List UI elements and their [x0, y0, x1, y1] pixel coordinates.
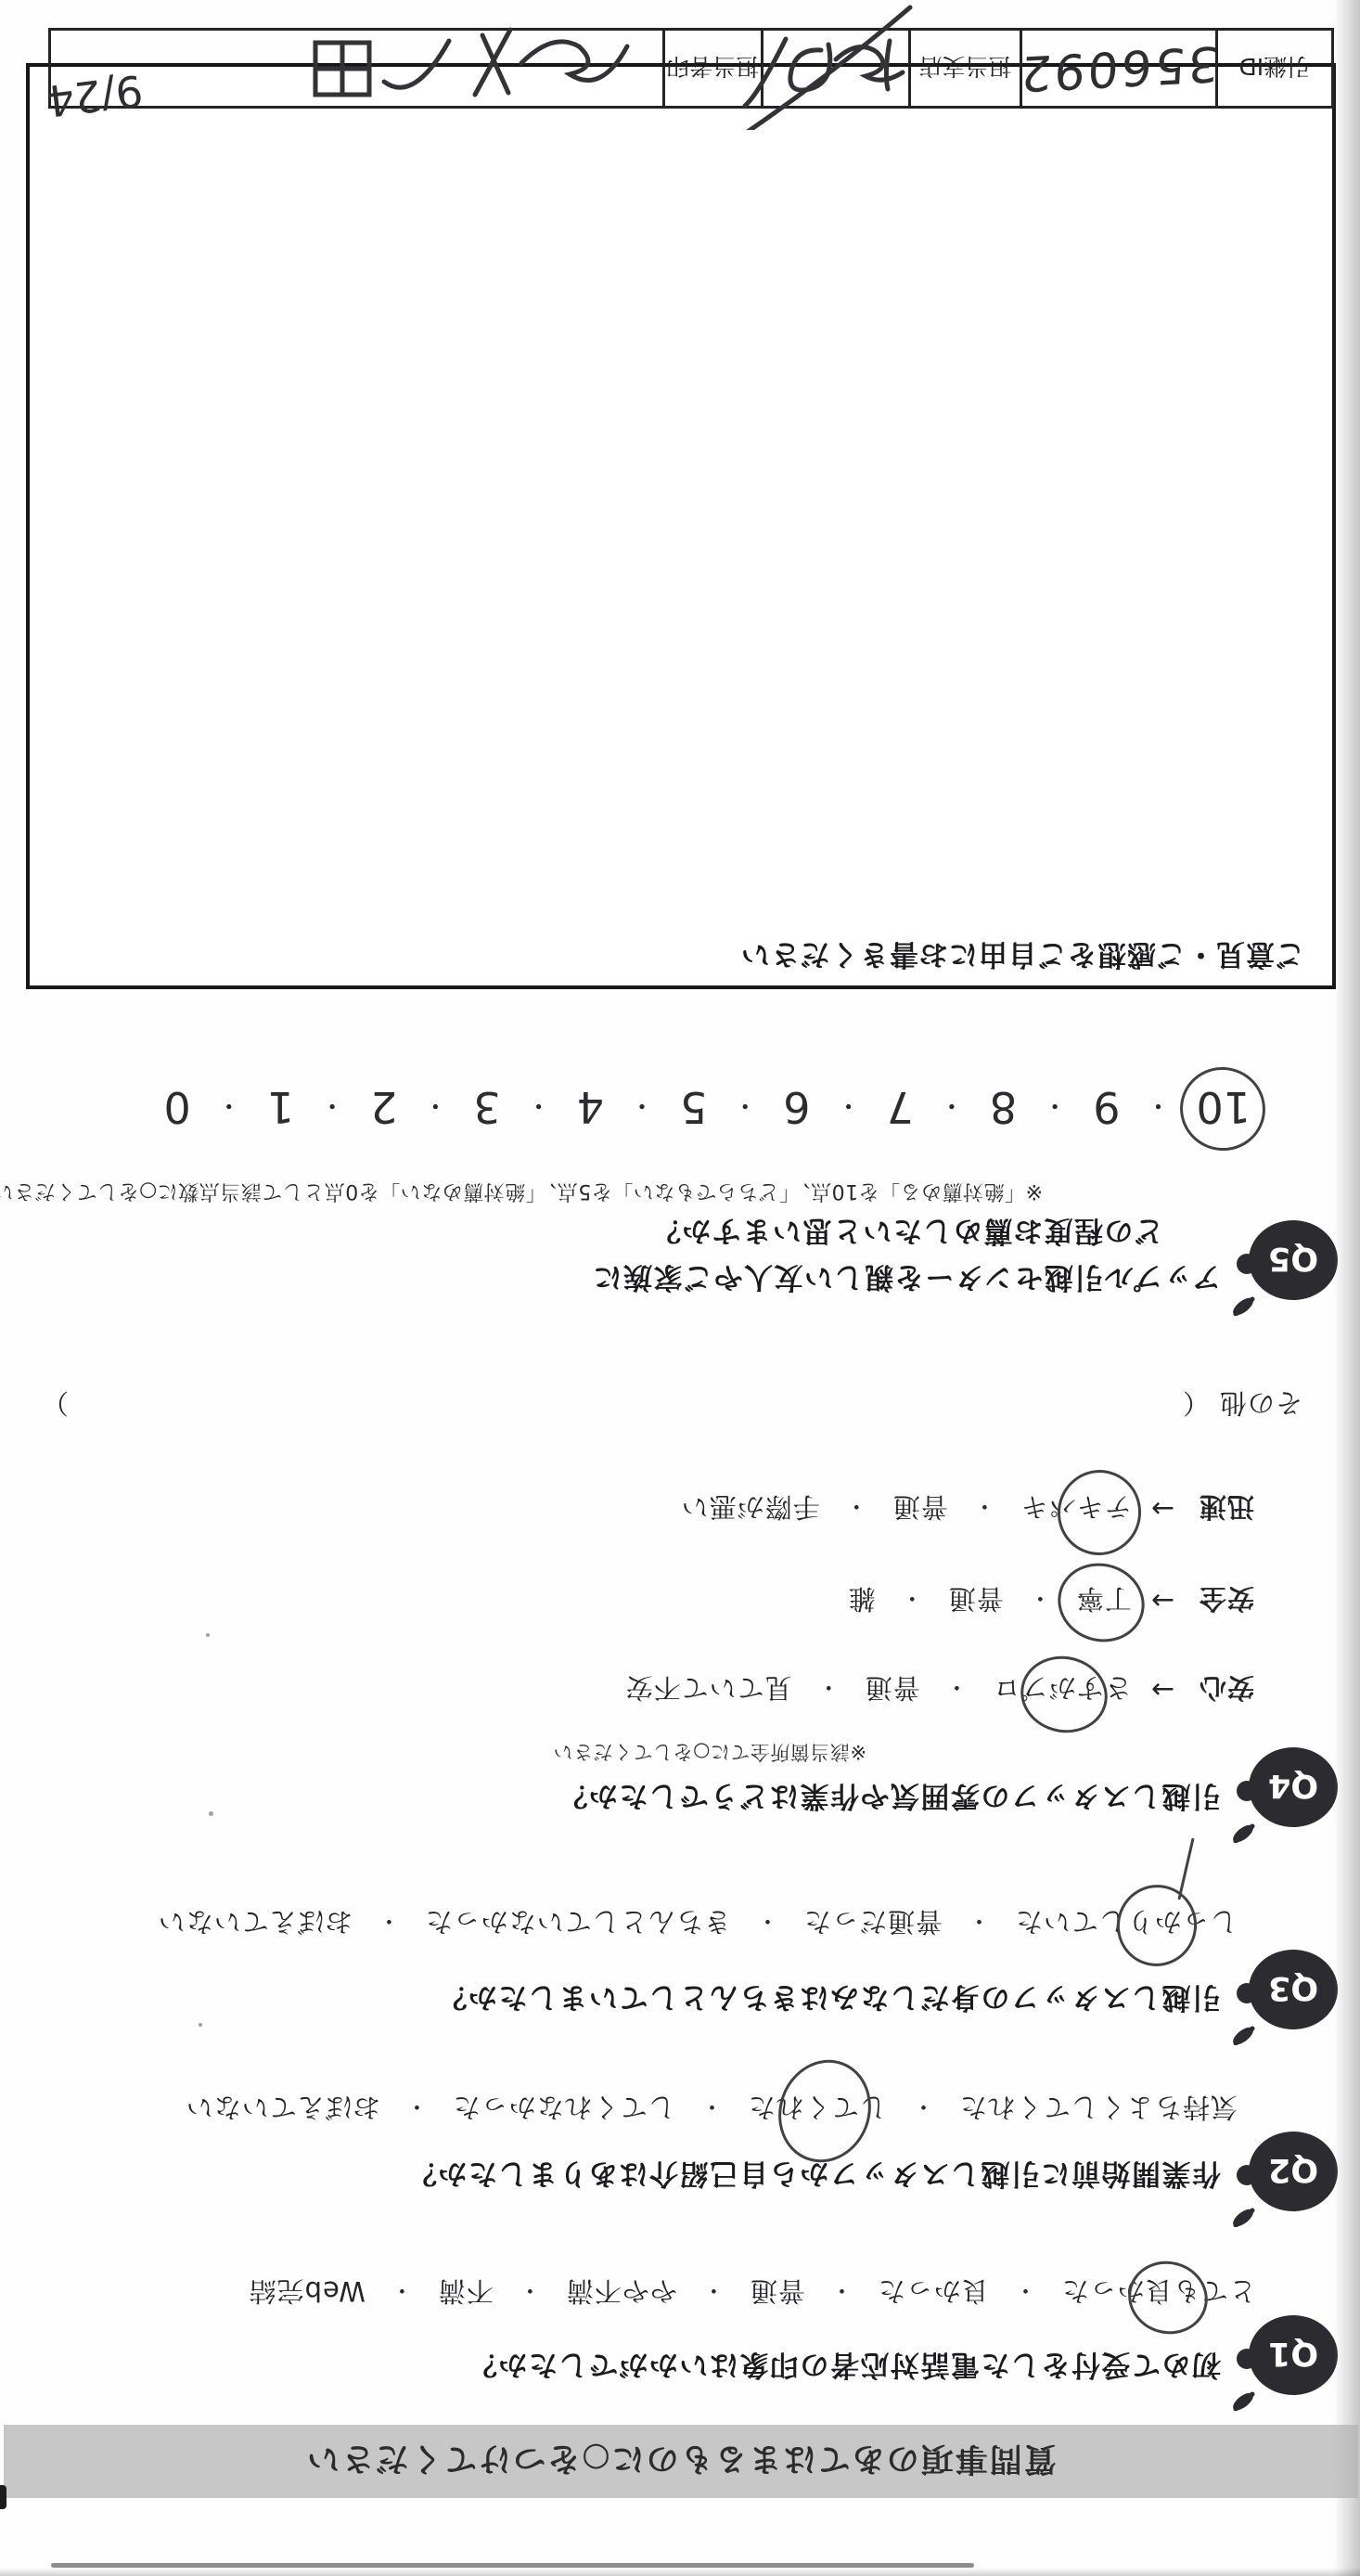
q4-row-label: 安全 [1199, 1581, 1254, 1619]
option-separator: ・ [967, 1907, 991, 1940]
scale-separator: ・ [526, 1088, 552, 1126]
q1-option: 普通 [750, 2273, 805, 2312]
scale-value: 0 [163, 1082, 190, 1132]
q5-question-line2: どの程度お薦めしたいと思いますか？ [651, 1213, 1164, 1255]
q1-badge-label: Q1 [1268, 2335, 1318, 2372]
q4-row3-option: 手際が悪い [681, 1489, 820, 1527]
scale-value: 3 [473, 1082, 500, 1132]
q4-other-row: その他 （ [1182, 1385, 1302, 1423]
option-separator: ・ [755, 1907, 779, 1940]
scale-separator: ・ [629, 1088, 655, 1126]
scale-value: 4 [577, 1082, 604, 1132]
option-separator: ・ [390, 2276, 414, 2310]
scan-speck [206, 1633, 210, 1637]
q4-row-anshin: 安心 → さすがプロ ・ 普通 ・ 見ていて不安 [625, 1670, 1254, 1708]
q4-row2-option: 雑 [848, 1581, 876, 1619]
q4-badge-icon: Q4 [1230, 1743, 1343, 1843]
instruction-bar: 質問事項のあてはまるものに○をつけてください [4, 2425, 1358, 2498]
q4-other-label: その他 [1219, 1385, 1302, 1423]
scale-value: 8 [990, 1082, 1017, 1132]
scale-value-selected: 10 [1196, 1082, 1251, 1132]
option-separator: ・ [844, 1492, 868, 1526]
instruction-text: 質問事項のあてはまるものに○をつけてください [305, 2439, 1057, 2485]
q4-note: ※該当箇所全てに○をしてください [553, 1739, 866, 1767]
q5-question-line1: アップル引越センターを親しい友人やご家族に [592, 1259, 1221, 1301]
q3-option: きちんとしていなかった [425, 1904, 731, 1942]
scale-value: 1 [267, 1082, 294, 1132]
scale-value: 5 [680, 1082, 707, 1132]
q4-row1-option: 普通 [865, 1670, 920, 1708]
option-separator: ・ [972, 1492, 996, 1526]
scan-speck [199, 2023, 202, 2027]
scale-separator: ・ [319, 1088, 345, 1126]
option-separator: ・ [518, 2276, 542, 2310]
q2-options: 気持ちよくしてくれた ・ してくれた ・ してくれなかった ・ おぼえていない [186, 2090, 1238, 2128]
handwritten-id: 356092 [1017, 35, 1220, 102]
scale-separator: ・ [836, 1088, 862, 1126]
comment-box: ご意見・ご感想をご自由にお書きください [26, 63, 1336, 989]
option-separator: ・ [1013, 2276, 1037, 2310]
q4-other-close: ） [41, 1385, 69, 1423]
paren-open: （ [1182, 1385, 1210, 1423]
q5-note: ※「絶対薦める」を10点、「どちらでもない」を5点、「絶対薦めない」を0点として… [0, 1179, 1043, 1207]
q4-row1-option: 見ていて不安 [625, 1670, 792, 1708]
header-table: 引継ID 356092 担当支店 担当者印 [48, 28, 1334, 109]
q4-row3-selected: テキパキ [1020, 1489, 1132, 1527]
handover-id-value: 356092 [1020, 31, 1215, 106]
scan-speck [209, 1811, 213, 1816]
q2-option-selected: してくれた [748, 2090, 887, 2128]
option-separator: ・ [404, 2093, 429, 2126]
handover-id-label: 引継ID [1215, 31, 1331, 106]
upside-down-sheet: 質問事項のあてはまるものに○をつけてください Q1 初めて受付をした電話対応者の… [0, 0, 1360, 2576]
scale-separator: ・ [216, 1088, 242, 1126]
scan-edge-mark-left [0, 2485, 6, 2509]
scale-separator: ・ [422, 1088, 448, 1126]
scale-value: 7 [887, 1082, 914, 1132]
arrow-icon: → [1150, 1584, 1174, 1616]
scanned-questionnaire-page: 質問事項のあてはまるものに○をつけてください Q1 初めて受付をした電話対応者の… [0, 0, 1360, 2576]
option-separator: ・ [900, 1584, 924, 1617]
paren-close: ） [41, 1385, 69, 1423]
q1-option: Web完結 [249, 2273, 366, 2312]
arrow-icon: → [1150, 1492, 1174, 1525]
q2-badge-icon: Q2 [1230, 2127, 1343, 2227]
q4-row3-option: 普通 [892, 1489, 948, 1527]
q4-row-jinsoku: 迅速 → テキパキ ・ 普通 ・ 手際が悪い [681, 1489, 1254, 1527]
scale-separator: ・ [1042, 1088, 1068, 1126]
scale-value: 9 [1093, 1082, 1120, 1132]
q3-badge-label: Q3 [1268, 1969, 1318, 2006]
arrow-icon: → [1150, 1673, 1174, 1706]
q3-option: おぼえていない [158, 1904, 353, 1942]
scale-separator: ・ [939, 1088, 965, 1126]
q4-question: 引越しスタッフの雰囲気や作業はどうでしたか？ [558, 1778, 1221, 1820]
branch-value [761, 31, 908, 106]
q4-row2-option: 普通 [948, 1581, 1004, 1619]
option-separator: ・ [829, 2276, 853, 2310]
q2-option: おぼえていない [186, 2090, 380, 2128]
q4-badge-label: Q4 [1268, 1767, 1318, 1804]
scan-edge-shadow-bottom [0, 2568, 1360, 2576]
handwritten-pen-tail [1177, 1838, 1194, 1900]
nps-scale: 10 ・ 9 ・ 8 ・ 7 ・ 6 ・ 5 ・ 4 ・ 3 ・ 2 ・ 1 ・… [163, 1082, 1251, 1132]
option-separator: ・ [1028, 1584, 1052, 1617]
option-separator: ・ [699, 2093, 724, 2126]
q1-option-selected: とても良かった [1061, 2273, 1256, 2312]
staff-name-cell: 9/24 [51, 31, 662, 106]
q1-options: とても良かった ・ 良かった ・ 普通 ・ やや不満 ・ 不満 ・ Web完結 [249, 2273, 1256, 2312]
q4-row1-selected: さすがプロ [993, 1670, 1132, 1708]
q2-question: 作業開始前に引越しスタッフから自己紹介はありましたか？ [407, 2156, 1222, 2197]
q5-badge-label: Q5 [1268, 1240, 1318, 1277]
q3-options: しっかりしていた ・ 普通だった ・ きちんとしていなかった ・ おぼえていない [158, 1904, 1238, 1942]
q5-badge-icon: Q5 [1230, 1216, 1343, 1316]
q1-option: 不満 [438, 2273, 494, 2312]
q4-row-label: 安心 [1199, 1670, 1254, 1708]
q4-row2-selected: 丁寧 [1076, 1581, 1132, 1619]
q1-option: やや不満 [566, 2273, 677, 2312]
scale-separator: ・ [1145, 1088, 1171, 1126]
option-separator: ・ [377, 1907, 401, 1940]
scale-separator: ・ [732, 1088, 758, 1126]
q4-row-anzen: 安全 → 丁寧 ・ 普通 ・ 雑 [848, 1581, 1254, 1619]
option-separator: ・ [816, 1673, 840, 1707]
q4-row-label: 迅速 [1199, 1489, 1254, 1527]
q1-question: 初めて受付をした電話対応者の印象はいかがでしたか？ [468, 2347, 1222, 2389]
q3-option: 普通だった [803, 1904, 943, 1942]
q2-option: してくれなかった [453, 2090, 675, 2128]
handwritten-name-scribble [276, 6, 648, 126]
option-separator: ・ [944, 1673, 969, 1707]
q1-badge-icon: Q1 [1230, 2311, 1343, 2411]
option-separator: ・ [701, 2276, 725, 2310]
q2-option: 気持ちよくしてくれた [959, 2090, 1238, 2128]
q1-option: 良かった [878, 2273, 989, 2312]
stamp-label: 担当者印 [662, 31, 761, 106]
scan-edge-shadow-right [1334, 0, 1360, 2576]
scale-value: 2 [370, 1082, 397, 1132]
q3-option-selected: しっかりしていた [1015, 1904, 1238, 1942]
scale-value: 6 [783, 1082, 810, 1132]
comment-box-label: ご意見・ご感想をご自由にお書きください [740, 936, 1304, 978]
q3-badge-icon: Q3 [1230, 1945, 1343, 2045]
option-separator: ・ [911, 2093, 935, 2126]
q2-badge-label: Q2 [1268, 2151, 1318, 2188]
q3-question: 引越しスタッフの身だしなみはきちんとしていましたか？ [437, 1979, 1221, 2021]
